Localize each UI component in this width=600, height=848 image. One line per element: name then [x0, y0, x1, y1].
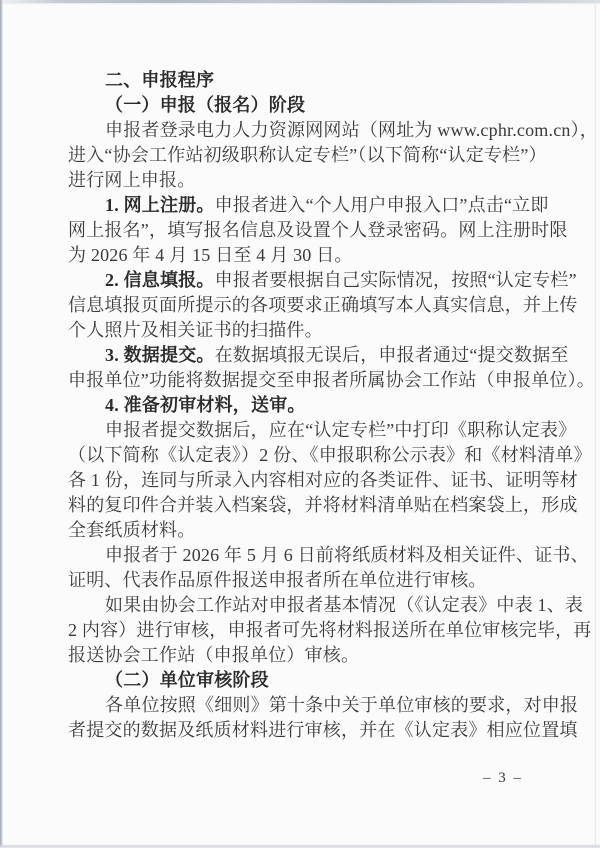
bold-text-run: （一）申报（报名）阶段	[105, 95, 305, 115]
text-line: 如果由协会工作站对申报者基本情况（《认定表》中表 1、表	[68, 593, 546, 618]
item-2-info-filling: 2. 信息填报。申报者要根据自己实际情况，按照“认定专栏”	[68, 268, 546, 293]
text-run: 料的复印件合并装入档案袋，并将材料清单贴在档案袋上，形成	[68, 495, 578, 515]
text-line: 信息填报页面所提示的各项要求正确填写本人真实信息，并上传	[68, 293, 546, 318]
text-run: 申报者登录电力人力资源网网站（网址为 www.cphr.com.cn），	[105, 120, 598, 140]
text-run: 在数据填报无误后，申报者通过“提交数据至	[215, 345, 569, 365]
bold-text-run: 4. 准备初审材料，送审。	[105, 395, 306, 415]
scan-edge-top	[0, 0, 600, 3]
text-run: （以下简称《认定表》）2 份、《申报职称公示表》和《材料清单》	[68, 445, 592, 465]
text-run: 全套纸质材料。	[68, 520, 195, 540]
scan-edge-bottom	[0, 844, 600, 848]
bold-text-run: 2. 信息填报。	[105, 270, 215, 290]
item-1-online-register: 1. 网上注册。申报者进入“个人用户申报入口”点击“立即	[68, 193, 546, 218]
bold-text-run: 二、申报程序	[105, 70, 214, 90]
text-line: 2 内容）进行审核，申报者可先将材料报送所在单位审核完毕，再	[68, 618, 546, 643]
text-line: 各单位按照《细则》第十条中关于单位审核的要求，对申报	[68, 693, 546, 718]
text-run: 网上报名”，填写报名信息及设置个人登录密码。网上注册时限	[68, 220, 568, 240]
text-run: 信息填报页面所提示的各项要求正确填写本人真实信息，并上传	[68, 295, 578, 315]
text-run: 申报者要根据自己实际情况，按照“认定专栏”	[215, 270, 577, 290]
text-run: 各 1 份，连同与所录入内容相对应的各类证件、证书、证明等材	[68, 470, 578, 490]
text-line: 各 1 份，连同与所录入内容相对应的各类证件、证书、证明等材	[68, 468, 546, 493]
text-line: 申报者于 2026 年 5 月 6 日前将纸质材料及相关证件、证书、	[68, 543, 546, 568]
text-line: 证明、代表作品原件报送申报者所在单位进行审核。	[68, 568, 546, 593]
text-run: 进入“协会工作站初级职称认定专栏”（以下简称“认定专栏”）	[68, 145, 547, 165]
scan-edge-top-shadow	[0, 3, 600, 5]
text-line: 料的复印件合并装入档案袋，并将材料清单贴在档案袋上，形成	[68, 493, 546, 518]
text-line: 个人照片及相关证书的扫描件。	[68, 318, 546, 343]
text-run: 申报单位”功能将数据提交至申报者所属协会工作站（申报单位）。	[68, 370, 595, 390]
heading-stage-1: （一）申报（报名）阶段	[68, 93, 546, 118]
heading-stage-2: （二）单位审核阶段	[68, 668, 546, 693]
text-line: 全套纸质材料。	[68, 518, 546, 543]
item-3-data-submit: 3. 数据提交。在数据填报无误后，申报者通过“提交数据至	[68, 343, 546, 368]
text-line: 申报者提交数据后，应在“认定专栏”中打印《职称认定表》	[68, 418, 546, 443]
text-run: 2 内容）进行审核，申报者可先将材料报送所在单位审核完毕，再	[68, 620, 592, 640]
text-line: 为 2026 年 4 月 15 日至 4 月 30 日。	[68, 243, 546, 268]
text-run: 证明、代表作品原件报送申报者所在单位进行审核。	[68, 570, 487, 590]
text-line: 进入“协会工作站初级职称认定专栏”（以下简称“认定专栏”）	[68, 143, 546, 168]
text-run: 各单位按照《细则》第十条中关于单位审核的要求，对申报	[105, 695, 578, 715]
scanned-document-page: 二、申报程序（一）申报（报名）阶段申报者登录电力人力资源网网站（网址为 www.…	[0, 0, 600, 848]
heading-section-2: 二、申报程序	[68, 68, 546, 93]
page-number: – 3 –	[483, 768, 523, 788]
text-run: 为 2026 年 4 月 15 日至 4 月 30 日。	[68, 245, 353, 265]
text-line: 者提交的数据及纸质材料进行审核，并在《认定表》相应位置填	[68, 718, 546, 743]
text-line: 申报者登录电力人力资源网网站（网址为 www.cphr.com.cn），	[68, 118, 546, 143]
text-line: （以下简称《认定表》）2 份、《申报职称公示表》和《材料清单》	[68, 443, 546, 468]
text-run: 申报者于 2026 年 5 月 6 日前将纸质材料及相关证件、证书、	[105, 545, 589, 565]
scan-edge-left	[0, 0, 3, 848]
text-run: 个人照片及相关证书的扫描件。	[68, 320, 323, 340]
bold-text-run: 3. 数据提交。	[105, 345, 215, 365]
document-body: 二、申报程序（一）申报（报名）阶段申报者登录电力人力资源网网站（网址为 www.…	[68, 68, 546, 743]
item-4-prepare-materials: 4. 准备初审材料，送审。	[68, 393, 546, 418]
text-line: 网上报名”，填写报名信息及设置个人登录密码。网上注册时限	[68, 218, 546, 243]
text-line: 申报单位”功能将数据提交至申报者所属协会工作站（申报单位）。	[68, 368, 546, 393]
bold-text-run: （二）单位审核阶段	[105, 670, 269, 690]
text-run: 者提交的数据及纸质材料进行审核，并在《认定表》相应位置填	[68, 720, 578, 740]
text-line: 报送协会工作站（申报单位）审核。	[68, 643, 546, 668]
text-run: 进行网上申报。	[68, 170, 195, 190]
text-run: 如果由协会工作站对申报者基本情况（《认定表》中表 1、表	[105, 595, 583, 615]
text-run: 报送协会工作站（申报单位）审核。	[68, 645, 359, 665]
text-run: 申报者进入“个人用户申报入口”点击“立即	[215, 195, 549, 215]
bold-text-run: 1. 网上注册。	[105, 195, 215, 215]
text-line: 进行网上申报。	[68, 168, 546, 193]
text-run: 申报者提交数据后，应在“认定专栏”中打印《职称认定表》	[105, 420, 576, 440]
